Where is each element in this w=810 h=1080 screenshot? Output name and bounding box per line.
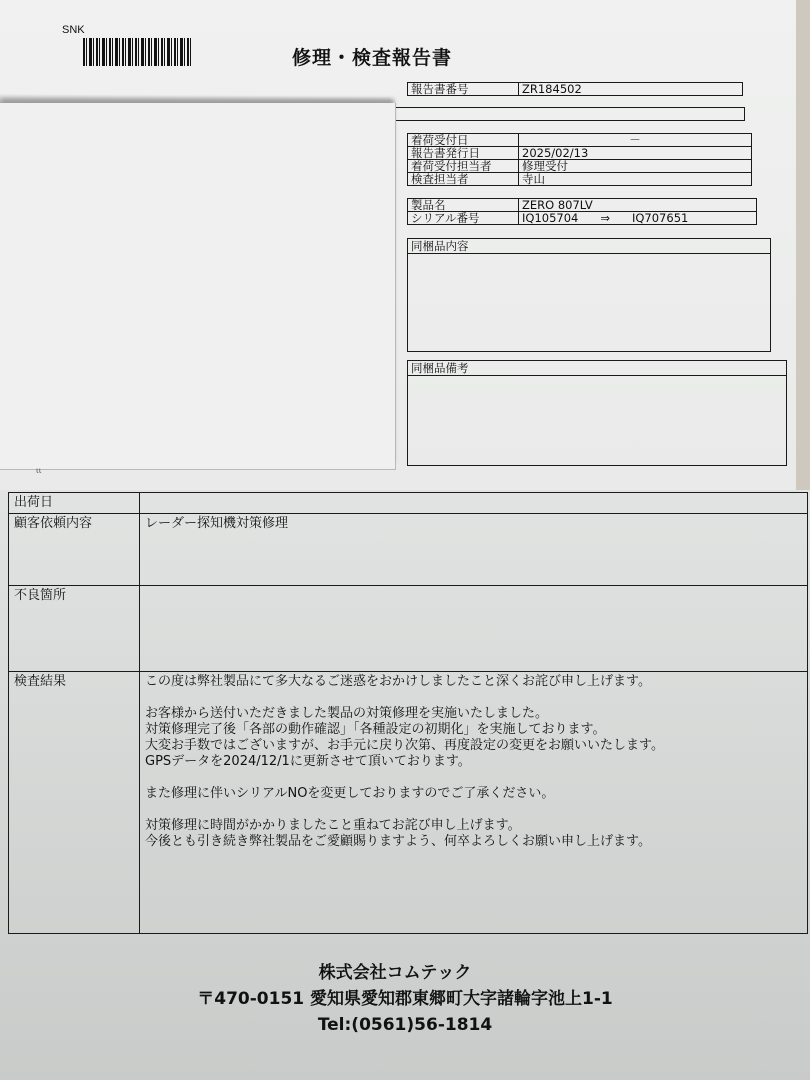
result-line: GPSデータを2024/12/1に更新させて頂いております。 [145,754,802,770]
company-tel: Tel:(0561)56-1814 [0,1012,810,1038]
paragraph-gap [145,802,802,818]
receiver-value: 修理受付 [519,160,752,173]
report-number-label: 報告書番号 [408,83,519,96]
document-title: 修理・検査報告書 [292,43,452,70]
ship-date-value [140,493,808,514]
row-receiver: 着荷受付担当者 修理受付 [408,160,752,173]
product-table: 製品名 ZERO 807LV シリアル番号 IQ105704⇒IQ707651 [407,198,757,225]
ship-date-label: 出荷日 [9,493,140,514]
enclosed-notes-label: 同梱品備考 [408,361,786,376]
product-name-label: 製品名 [408,199,519,212]
serial-old: IQ105704 [522,211,578,225]
background-edge [796,0,810,490]
customer-request-value: レーダー探知機対策修理 [140,514,808,586]
serial-value: IQ105704⇒IQ707651 [519,212,757,225]
cover-paper [0,103,396,470]
result-line: 今後とも引き続き弊社製品をご愛顧賜りますよう、何卒よろしくお願い申し上げます。 [145,834,802,850]
row-inspection-result: 検査結果 この度は弊社製品にて多大なるご迷惑をおかけしましたこと深くお詫び申し上… [9,672,808,934]
customer-request-label: 顧客依頼内容 [9,514,140,586]
repair-details-table: 出荷日 顧客依頼内容 レーダー探知機対策修理 不良箇所 検査結果 この度は弊社製… [8,492,808,934]
product-name-value: ZERO 807LV [519,199,757,212]
inspection-result-label: 検査結果 [9,672,140,934]
arrival-date-value: － [519,134,752,147]
report-number-value: ZR184502 [519,83,743,96]
enclosed-contents-box: 同梱品内容 [407,238,771,352]
company-footer: 株式会社コムテック 〒470-0151 愛知県愛知郡東郷町大字諸輪字池上1-1 … [0,960,810,1038]
enclosed-contents-label: 同梱品内容 [408,239,770,254]
inspector-label: 検査担当者 [408,173,519,186]
receipt-info-table: 着荷受付日 － 報告書発行日 2025/02/13 着荷受付担当者 修理受付 検… [407,133,752,186]
defect-label: 不良箇所 [9,586,140,672]
tick-mark: ιι [36,466,41,475]
barcode-icon [83,38,193,66]
blank-field [390,107,745,121]
paragraph-gap [145,690,802,706]
row-arrival-date: 着荷受付日 － [408,134,752,147]
arrival-date-label: 着荷受付日 [408,134,519,147]
row-issue-date: 報告書発行日 2025/02/13 [408,147,752,160]
row-ship-date: 出荷日 [9,493,808,514]
result-line: この度は弊社製品にて多大なるご迷惑をおかけしましたこと深くお詫び申し上げます。 [145,674,802,690]
result-line: 対策修理に時間がかかりましたこと重ねてお詫び申し上げます。 [145,818,802,834]
report-number-table: 報告書番号 ZR184502 [407,82,743,96]
sender-code: SNK [62,24,85,36]
row-customer-request: 顧客依頼内容 レーダー探知機対策修理 [9,514,808,586]
defect-value [140,586,808,672]
serial-label: シリアル番号 [408,212,519,225]
result-line: お客様から送付いただきました製品の対策修理を実施いたしました。 [145,706,802,722]
enclosed-notes-box: 同梱品備考 [407,360,787,466]
company-name: 株式会社コムテック [0,960,810,986]
row-defect: 不良箇所 [9,586,808,672]
result-line: また修理に伴いシリアルNOを変更しておりますのでご了承ください。 [145,786,802,802]
serial-new: IQ707651 [632,211,688,225]
row-inspector: 検査担当者 寺山 [408,173,752,186]
arrow-right-icon: ⇒ [600,212,610,224]
inspector-value: 寺山 [519,173,752,186]
inspection-result-text: この度は弊社製品にて多大なるご迷惑をおかけしましたこと深くお詫び申し上げます。お… [140,672,808,934]
issue-date-value: 2025/02/13 [519,147,752,160]
company-address: 〒470-0151 愛知県愛知郡東郷町大字諸輪字池上1-1 [0,986,810,1012]
paragraph-gap [145,770,802,786]
result-line: 対策修理完了後「各部の動作確認」「各種設定の初期化」を実施しております。 [145,722,802,738]
issue-date-label: 報告書発行日 [408,147,519,160]
receiver-label: 着荷受付担当者 [408,160,519,173]
result-line: 大変お手数ではございますが、お手元に戻り次第、再度設定の変更をお願いいたします。 [145,738,802,754]
